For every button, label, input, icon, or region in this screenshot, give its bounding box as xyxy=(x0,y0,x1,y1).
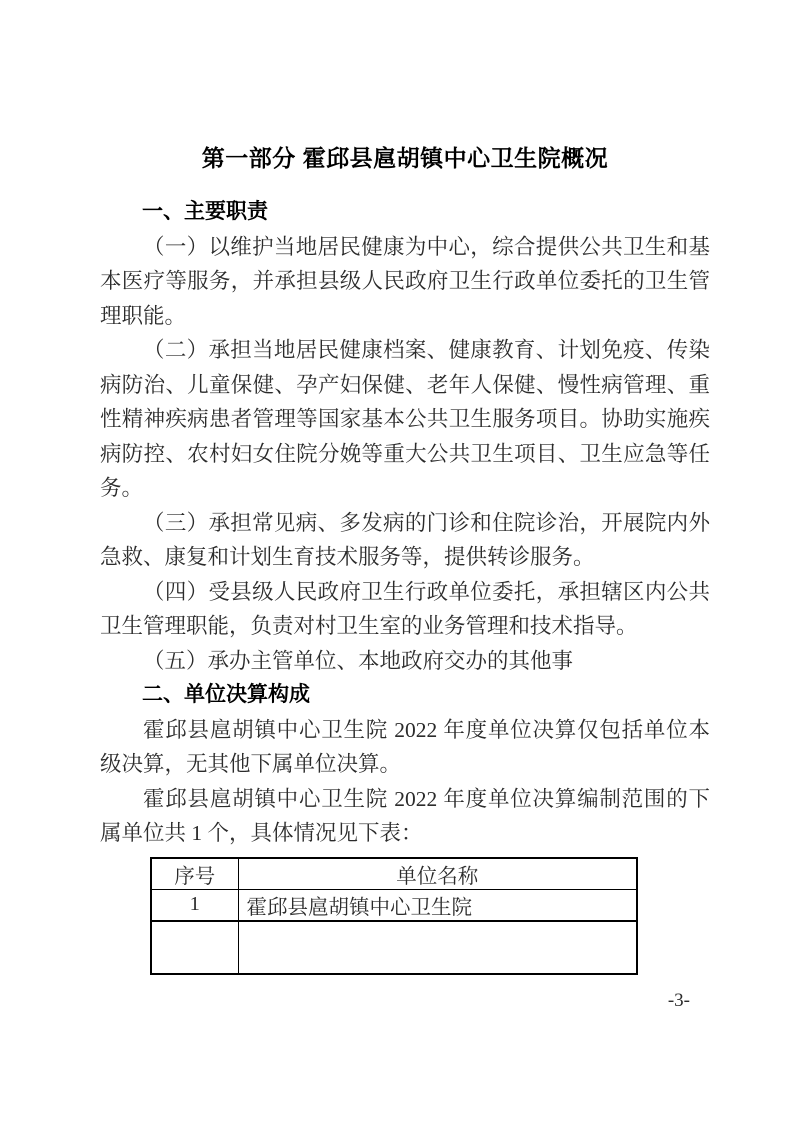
paragraph-duty-2: （二）承担当地居民健康档案、健康教育、计划免疫、传染病防治、儿童保健、孕产妇保健… xyxy=(100,333,710,506)
paragraph-duty-4: （四）受县级人民政府卫生行政单位委托，承担辖区内公共卫生管理职能，负责对村卫生室… xyxy=(100,575,710,644)
document-content: 第一部分 霍邱县扈胡镇中心卫生院概况 一、主要职责 （一）以维护当地居民健康为中… xyxy=(100,140,710,975)
paragraph-duty-3: （三）承担常见病、多发病的门诊和住院诊治，开展院内外急救、康复和计划生育技术服务… xyxy=(100,506,710,575)
table-header-unit-name: 单位名称 xyxy=(238,858,637,890)
paragraph-duty-1: （一）以维护当地居民健康为中心，综合提供公共卫生和基本医疗等服务，并承担县级人民… xyxy=(100,230,710,334)
table-header-index: 序号 xyxy=(151,858,238,890)
table-header-row: 序号 单位名称 xyxy=(151,858,637,890)
page-title: 第一部分 霍邱县扈胡镇中心卫生院概况 xyxy=(100,140,710,176)
subordinate-units-table: 序号 单位名称 1 霍邱县扈胡镇中心卫生院 xyxy=(150,857,638,975)
empty-index-cell xyxy=(151,921,238,974)
section-heading-budget-composition: 二、单位决算构成 xyxy=(100,678,710,713)
document-page: 第一部分 霍邱县扈胡镇中心卫生院概况 一、主要职责 （一）以维护当地居民健康为中… xyxy=(0,0,793,1122)
empty-name-cell xyxy=(238,921,637,974)
table-row-empty xyxy=(151,921,637,974)
unit-index-cell: 1 xyxy=(151,889,238,921)
paragraph-duty-5: （五）承办主管单位、本地政府交办的其他事 xyxy=(100,644,710,679)
table-row: 1 霍邱县扈胡镇中心卫生院 xyxy=(151,889,637,921)
paragraph-budget-scope: 霍邱县扈胡镇中心卫生院 2022 年度单位决算仅包括单位本级决算，无其他下属单位… xyxy=(100,713,710,782)
section-heading-main-duties: 一、主要职责 xyxy=(100,195,710,230)
unit-name-cell: 霍邱县扈胡镇中心卫生院 xyxy=(238,889,637,921)
page-number: -3- xyxy=(668,990,690,1012)
paragraph-subordinate-units-intro: 霍邱县扈胡镇中心卫生院 2022 年度单位决算编制范围的下属单位共 1 个，具体… xyxy=(100,782,710,851)
